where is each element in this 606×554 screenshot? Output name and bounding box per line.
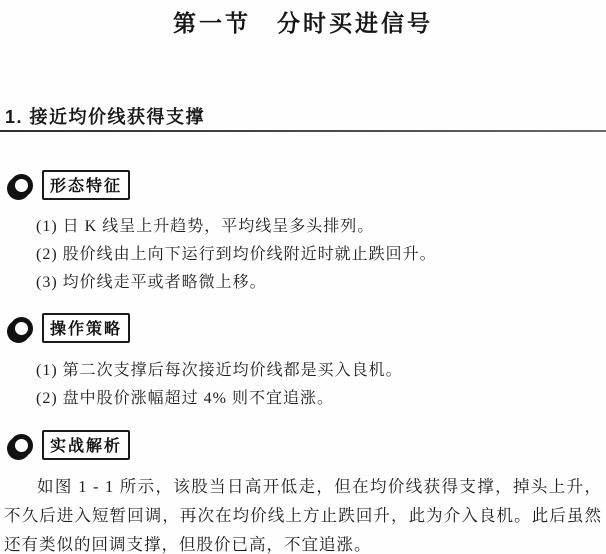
strategy-item-list: (1) 第二次支撑后每次接近均价线都是买入良机。 (2) 盘中股价涨幅超过 4%… bbox=[36, 357, 600, 413]
section-header-analysis: 实战解析 bbox=[10, 431, 130, 459]
ring-bullet-icon bbox=[10, 174, 33, 197]
list-item: (2) 股价线由上向下运行到均价线附近时就止跌回升。 bbox=[36, 241, 600, 269]
section-label-pattern: 形态特征 bbox=[42, 170, 130, 200]
section-header-strategy: 操作策略 bbox=[10, 314, 130, 342]
section-label-analysis: 实战解析 bbox=[42, 430, 130, 460]
ring-bullet-icon bbox=[10, 434, 33, 457]
heading-rule bbox=[0, 130, 606, 132]
chapter-title: 第一节 分时买进信号 bbox=[0, 5, 606, 38]
analysis-paragraph: 如图 1 - 1 所示，该股当日高开低走，但在均价线获得支撑，掉头上升，不久后进… bbox=[4, 472, 602, 554]
book-page: 第一节 分时买进信号 1. 接近均价线获得支撑 形态特征 (1) 日 K 线呈上… bbox=[0, 0, 606, 554]
section-heading: 1. 接近均价线获得支撑 bbox=[5, 103, 205, 129]
list-item: (1) 日 K 线呈上升趋势，平均线呈多头排列。 bbox=[36, 213, 600, 241]
section-header-pattern: 形态特征 bbox=[10, 171, 130, 199]
list-item: (1) 第二次支撑后每次接近均价线都是买入良机。 bbox=[36, 357, 600, 385]
list-item: (3) 均价线走平或者略微上移。 bbox=[36, 269, 600, 297]
pattern-item-list: (1) 日 K 线呈上升趋势，平均线呈多头排列。 (2) 股价线由上向下运行到均… bbox=[36, 213, 600, 297]
list-item: (2) 盘中股价涨幅超过 4% 则不宜追涨。 bbox=[36, 385, 600, 413]
section-label-strategy: 操作策略 bbox=[42, 313, 130, 343]
ring-bullet-icon bbox=[10, 317, 33, 340]
